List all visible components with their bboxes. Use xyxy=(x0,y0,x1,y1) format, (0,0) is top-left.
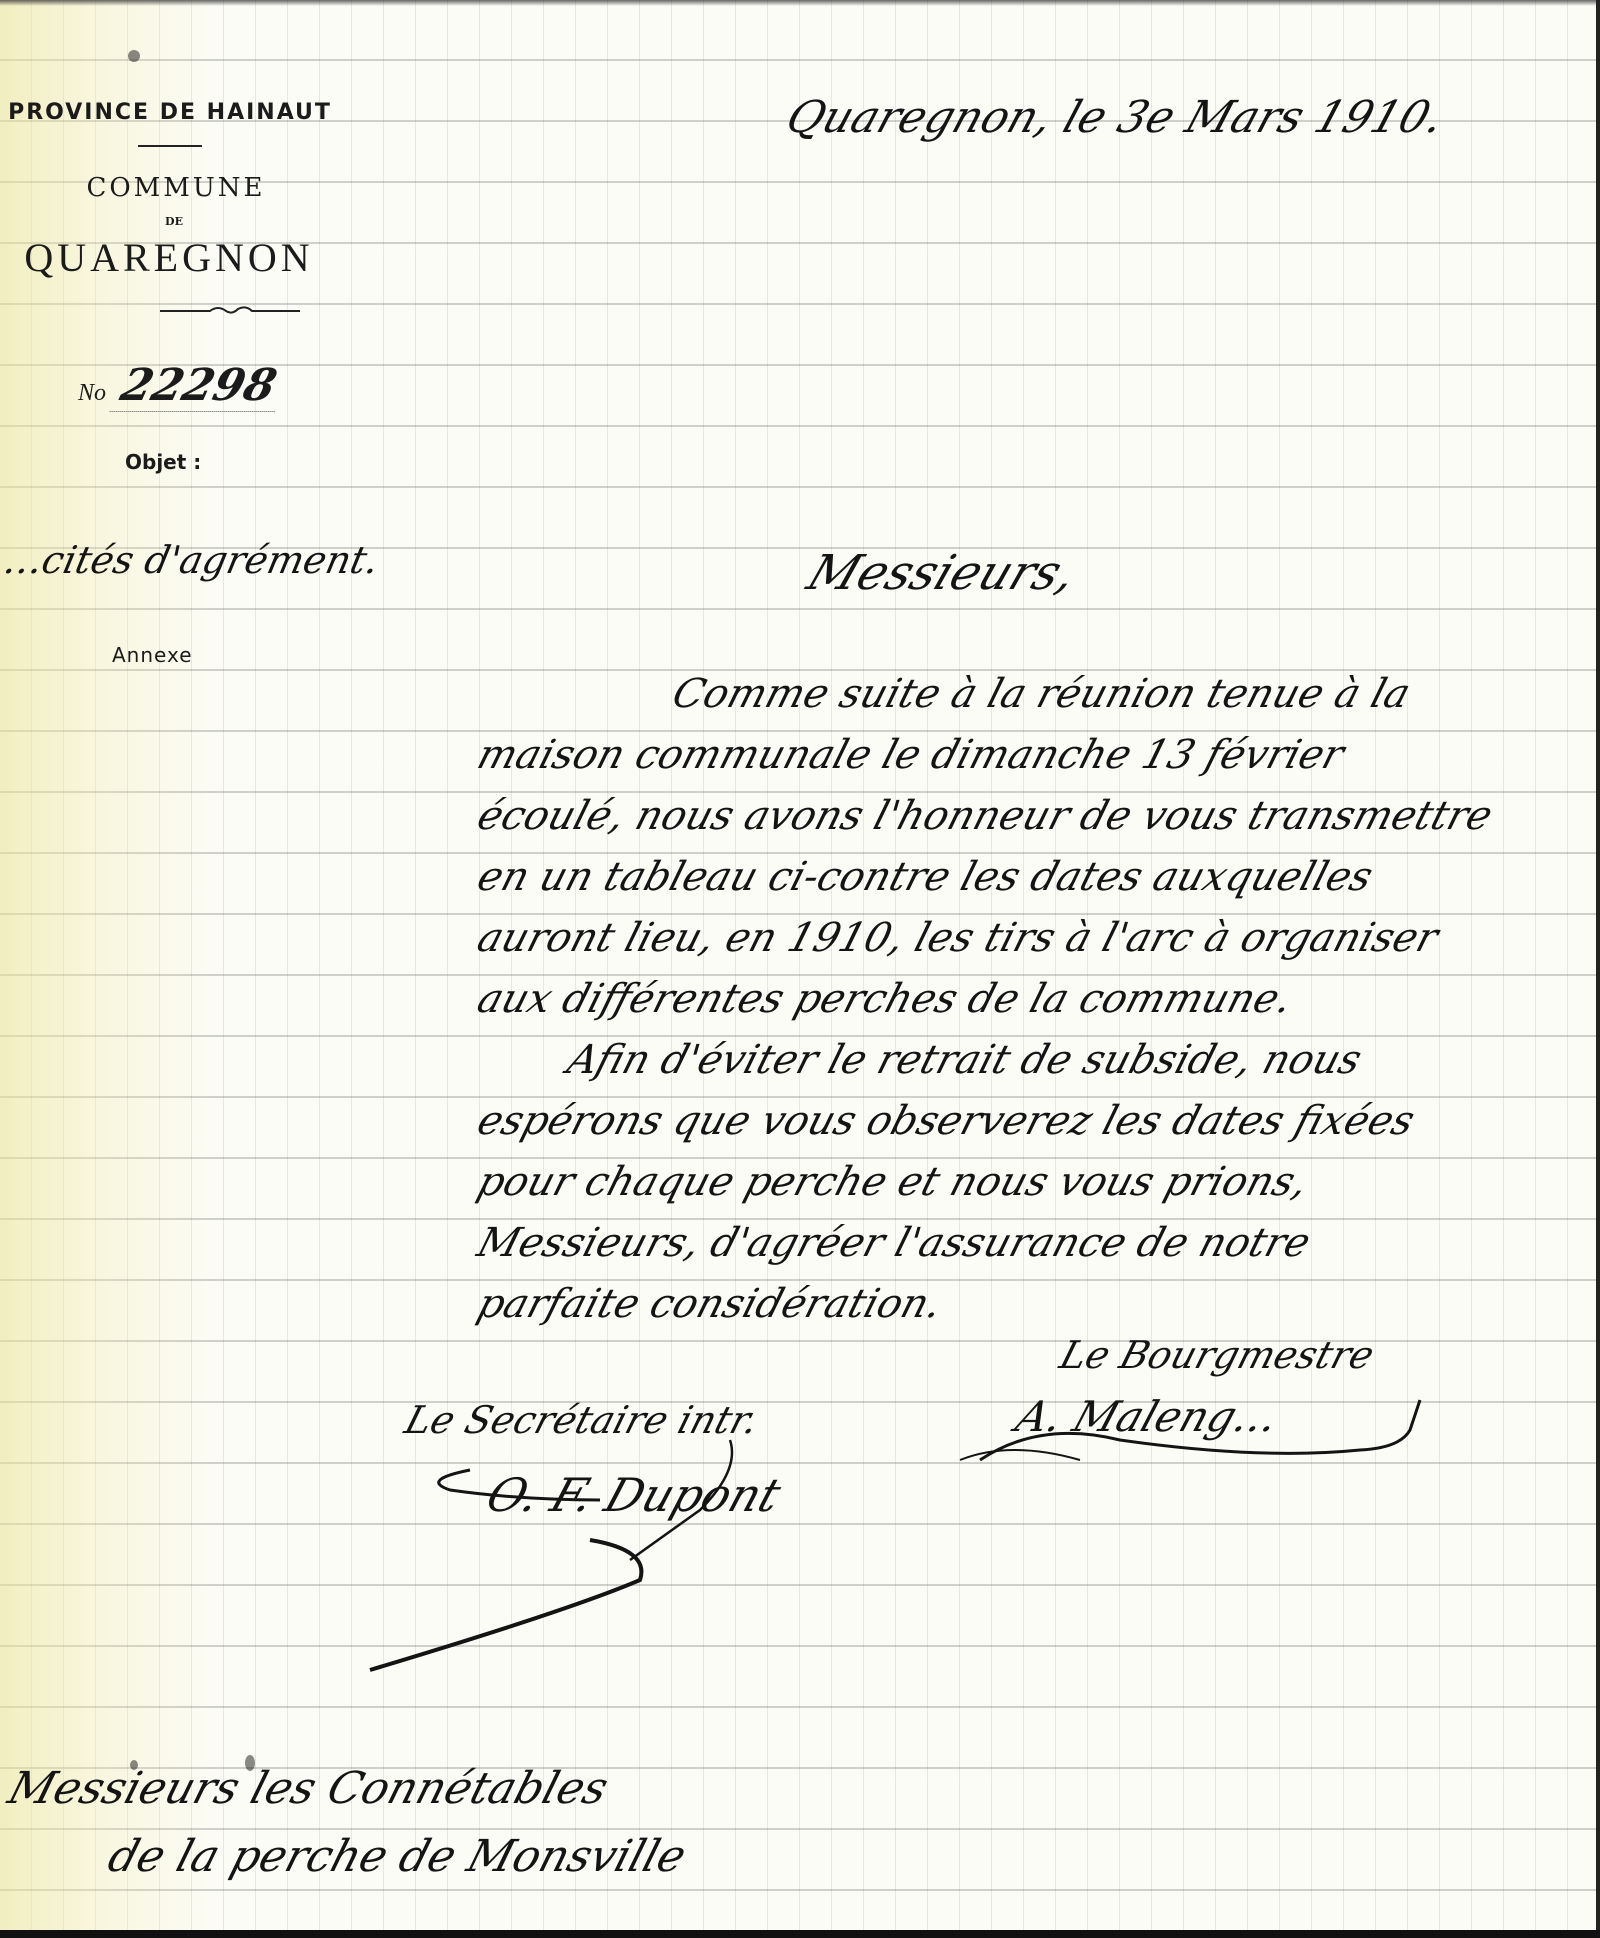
body-line: en un tableau ci-contre les dates auxque… xyxy=(470,847,1600,908)
body-line: auront lieu, en 1910, les tirs à l'arc à… xyxy=(470,908,1600,969)
addressee-line-2: de la perche de Monsville xyxy=(0,1823,694,1891)
body-line: Messieurs, d'agréer l'assurance de notre xyxy=(470,1213,1600,1274)
letterhead-rule xyxy=(138,145,202,147)
addressee-line-1: Messieurs les Connétables xyxy=(0,1755,694,1823)
body-line: aux différentes perches de la commune. xyxy=(470,969,1600,1030)
body-line: Afin d'éviter le retrait de subside, nou… xyxy=(470,1030,1600,1091)
letterhead: PROVINCE DE HAINAUT COMMUNE DE QUAREGNON xyxy=(0,100,360,319)
objet-label: Objet : xyxy=(125,450,201,474)
town-heading: QUAREGNON xyxy=(0,234,360,281)
addressee-block: Messieurs les Connétables de la perche d… xyxy=(0,1755,675,1891)
de-heading: DE xyxy=(0,215,360,228)
province-heading: PROVINCE DE HAINAUT xyxy=(0,100,360,125)
scan-bottom-edge xyxy=(0,1930,1600,1938)
letter-body: Comme suite à la réunion tenue à la mais… xyxy=(470,664,1595,1335)
annexe-label: Annexe xyxy=(112,643,193,667)
salutation: Messieurs, xyxy=(800,545,1085,601)
body-line: écoulé, nous avons l'honneur de vous tra… xyxy=(470,786,1600,847)
ink-spot xyxy=(130,1760,138,1770)
number-label: No xyxy=(78,380,106,407)
body-line: Comme suite à la réunion tenue à la xyxy=(470,664,1600,725)
number-value: 22298 xyxy=(110,360,288,412)
ink-spot xyxy=(128,50,140,62)
body-line: maison communale le dimanche 13 février xyxy=(470,725,1600,786)
place-date: Quaregnon, le 3e Mars 1910. xyxy=(780,92,1451,143)
scan-top-edge xyxy=(0,0,1600,6)
secretary-signature-flourish-icon xyxy=(370,1440,850,1670)
objet-value: …cités d'agrément. xyxy=(0,538,383,582)
secretary-title: Le Secrétaire intr. xyxy=(400,1398,764,1442)
body-line: pour chaque perche et nous vous prions, xyxy=(470,1152,1600,1213)
ornament-flourish-icon xyxy=(160,305,300,315)
reference-number: No 22298 xyxy=(78,360,281,412)
body-line: parfaite considération. xyxy=(470,1274,1600,1335)
ink-spot xyxy=(245,1755,255,1771)
body-line: espérons que vous observerez les dates f… xyxy=(470,1091,1600,1152)
mayor-title: Le Bourgmestre xyxy=(1055,1333,1379,1377)
mayor-signature-flourish-icon xyxy=(1000,1400,1460,1520)
commune-heading: COMMUNE xyxy=(0,173,360,203)
